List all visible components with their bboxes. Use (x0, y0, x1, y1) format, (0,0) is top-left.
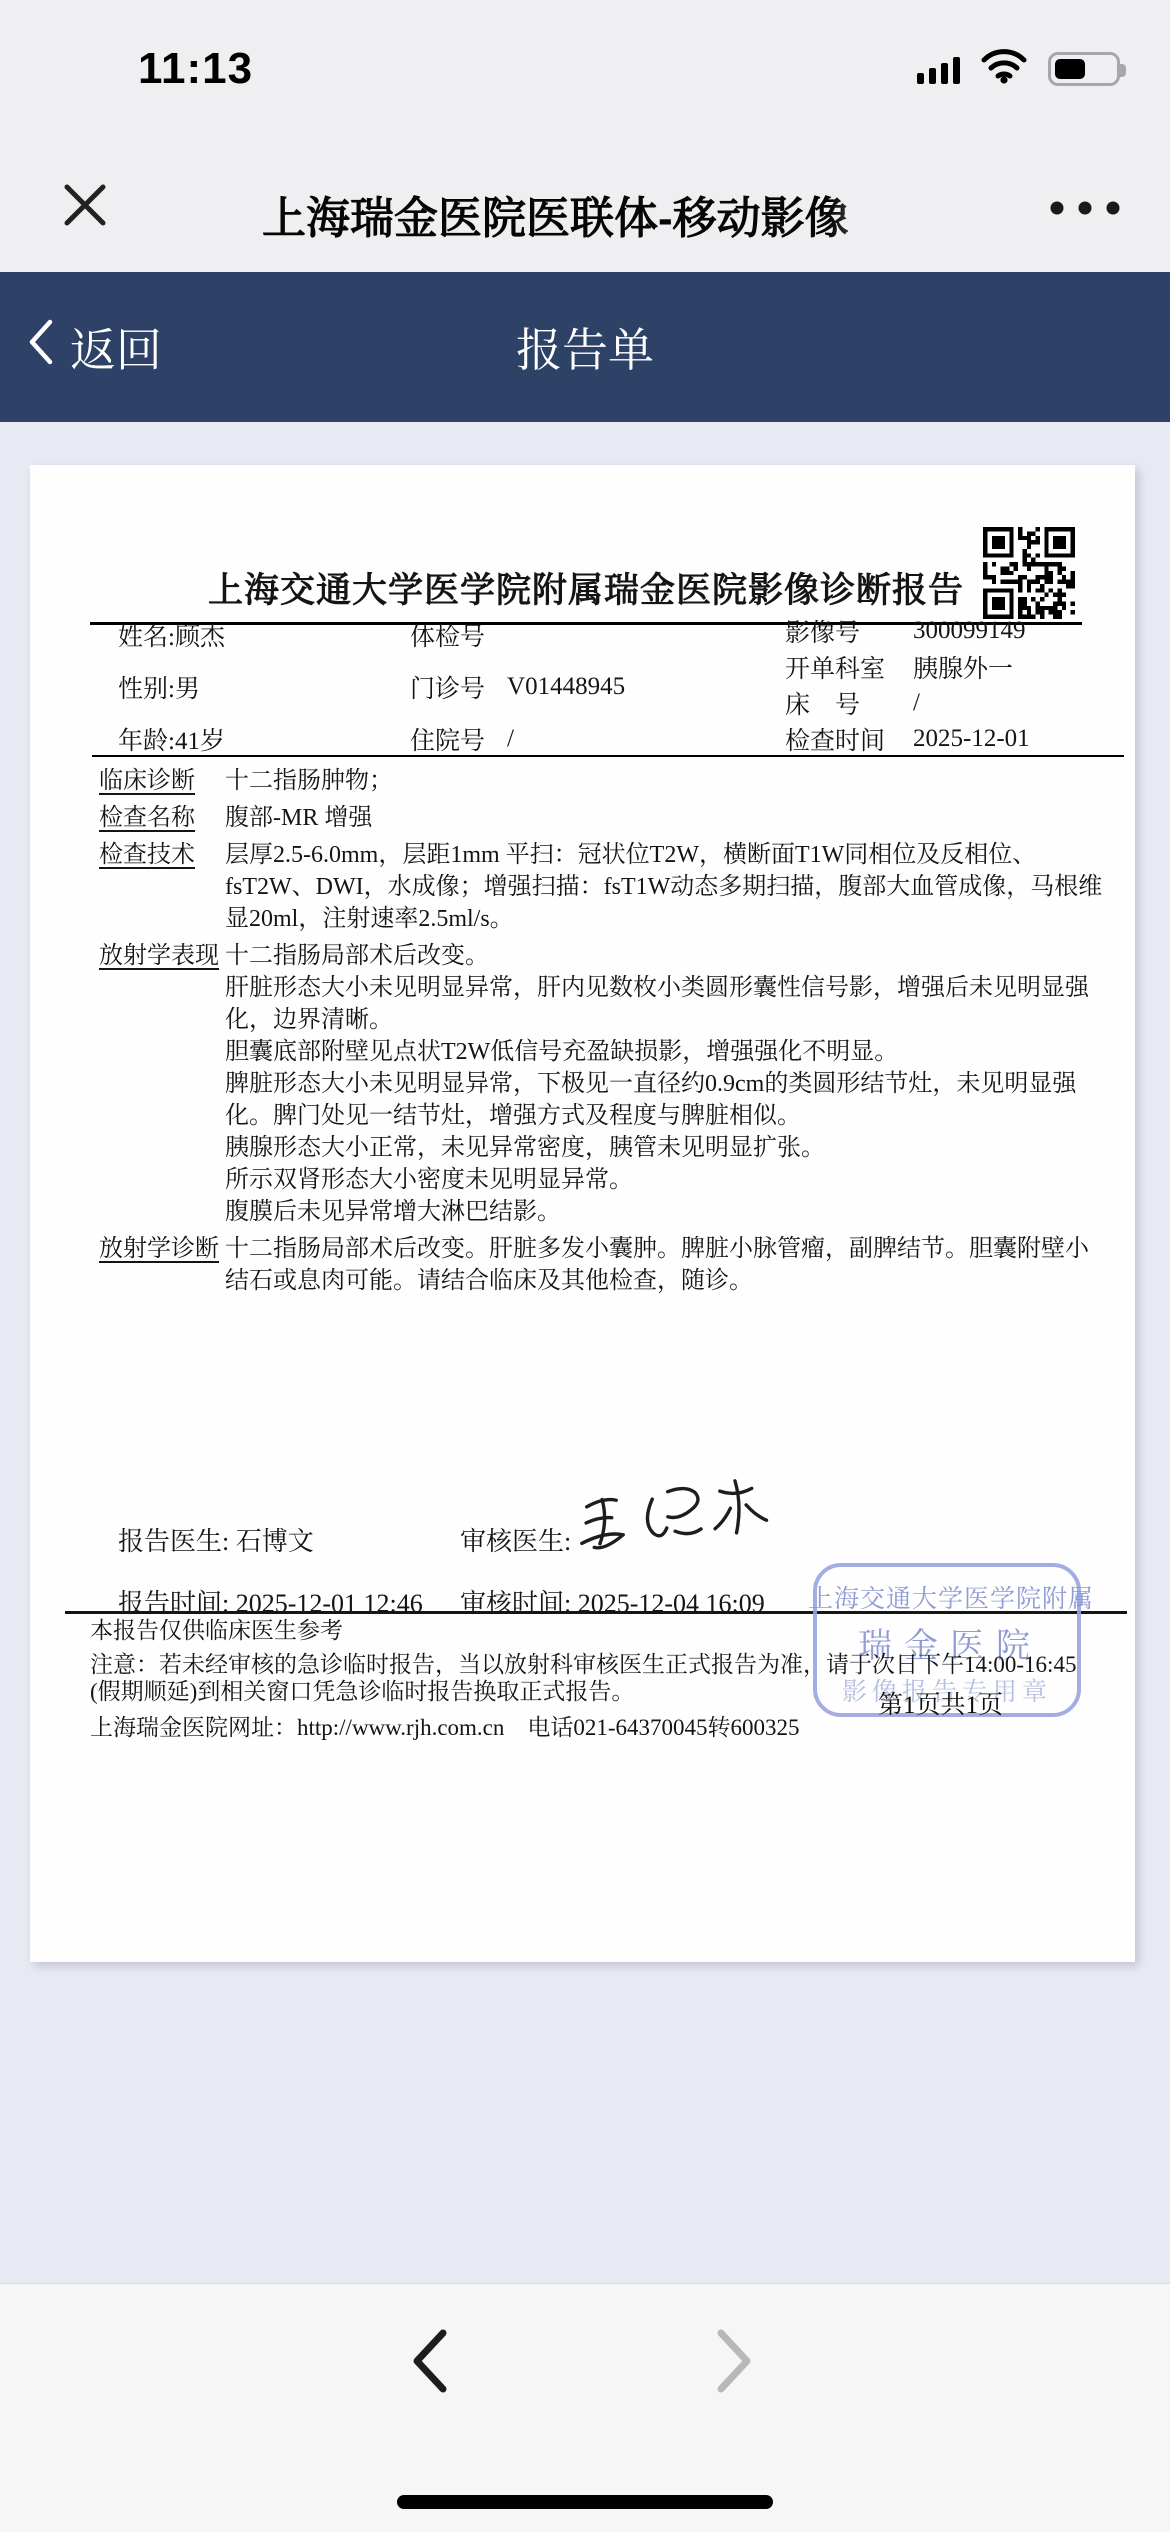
back-button[interactable]: 返回 (28, 272, 162, 422)
close-icon[interactable] (60, 180, 110, 230)
phone-screen: 11:13 上海瑞金医院医联体-移动 (0, 0, 1170, 2532)
review-time: 审核时间: 2025-12-04 16:09 (460, 1583, 765, 1620)
report-time: 报告时间: 2025-12-01 12:46 (118, 1583, 423, 1620)
inpatient-no-row: 住院号/ (410, 713, 625, 765)
exam-name-label: 检查名称 (99, 802, 225, 834)
status-time: 11:13 (138, 44, 253, 94)
report-footer: 本报告仅供临床医生参考 注意：若未经审核的急诊临时报告，当以放射科审核医生正式报… (90, 1617, 1076, 1741)
webview-title: 上海瑞金医院医联体-移动影像 (262, 182, 938, 246)
technique-text: 层厚2.5-6.0mm，层距1mm 平扫：冠状位T2W，横断面T1W同相位及反相… (225, 839, 1105, 935)
next-page-button[interactable] (714, 2328, 754, 2394)
finding-line: 脾脏形态大小未见明显异常，下极见一直径约0.9cm的类圆形结节灶，未见明显强化。… (225, 1068, 1105, 1132)
diagnosis-label: 放射学诊断 (99, 1233, 225, 1297)
report-document: 上海交通大学医学院附属瑞金医院影像诊断报告 姓名:顾杰 性别:男 年龄:41岁 … (30, 465, 1135, 1962)
finding-line: 腹膜后未见异常增大淋巴结影。 (225, 1196, 1105, 1228)
exam-no-row: 体检号 (410, 609, 625, 661)
more-menu-icon[interactable] (1048, 200, 1122, 221)
patient-col-basic: 姓名:顾杰 性别:男 年龄:41岁 (118, 609, 225, 765)
back-label: 返回 (70, 314, 162, 380)
stamp-line1: 上海交通大学医学院附属 (803, 1579, 1099, 1615)
outpatient-no-row: 门诊号V01448945 (410, 661, 625, 713)
finding-line: 胆囊底部附壁见点状T2W低信号充盈缺损影，增强强化不明显。 (225, 1036, 1105, 1068)
finding-line: 胰腺形态大小正常，未见异常密度，胰管未见明显扩张。 (225, 1132, 1105, 1164)
patient-age-row: 年龄:41岁 (118, 713, 225, 765)
diagnosis-text: 十二指肠局部术后改变。肝脏多发小囊肿。脾脏小脉管瘤，副脾结节。胆囊附壁小结石或息… (225, 1233, 1105, 1297)
home-indicator[interactable] (397, 2495, 773, 2509)
findings-text: 十二指肠局部术后改变。 肝脏形态大小未见明显异常，肝内见数枚小类圆形囊性信号影，… (225, 940, 1105, 1228)
battery-icon (1048, 52, 1120, 86)
order-dept-row: 开单科室胰腺外一 (785, 649, 1030, 685)
app-nav-bar: 报告单 返回 (0, 272, 1170, 422)
exam-name-text: 腹部-MR 增强 (225, 802, 1105, 834)
reviewer-signature (570, 1477, 785, 1559)
back-chevron-icon (28, 317, 54, 378)
finding-line: 十二指肠局部术后改变。 (225, 940, 1105, 972)
report-doctor: 报告医生: 石博文 (118, 1521, 314, 1558)
exam-time-row: 检查时间2025-12-01 (785, 721, 1030, 757)
wifi-icon (980, 48, 1028, 89)
footer-line1: 本报告仅供临床医生参考 (90, 1617, 1076, 1644)
patient-divider (92, 755, 1124, 757)
patient-col-order: 影像号300099149 开单科室胰腺外一 床 号/ 检查时间2025-12-0… (785, 613, 1030, 757)
review-doctor: 审核医生: (460, 1521, 571, 1558)
status-icons (917, 48, 1120, 89)
bed-no-row: 床 号/ (785, 685, 1030, 721)
patient-name-row: 姓名:顾杰 (118, 609, 225, 661)
pager-bar (0, 2283, 1170, 2532)
report-sections: 临床诊断 十二指肠肿物； 检查名称 腹部-MR 增强 检查技术 层厚2.5-6.… (99, 765, 1105, 1297)
cellular-signal-icon (917, 54, 960, 84)
status-and-header-area: 11:13 上海瑞金医院医联体-移动 (0, 0, 1170, 272)
finding-line: 所示双肾形态大小密度未见明显异常。 (225, 1164, 1105, 1196)
image-no-row: 影像号300099149 (785, 613, 1030, 649)
footer-line2: 注意：若未经审核的急诊临时报告，当以放射科审核医生正式报告为准，请于次日下午14… (90, 1651, 1076, 1678)
patient-col-visit: 体检号 门诊号V01448945 住院号/ (410, 609, 625, 765)
findings-label: 放射学表现 (99, 940, 225, 1228)
prev-page-button[interactable] (410, 2328, 450, 2394)
technique-label: 检查技术 (99, 839, 225, 935)
page-indicator: 第1页共1页 (878, 1685, 1003, 1721)
clinical-dx-text: 十二指肠肿物； (225, 765, 1105, 797)
finding-line: 肝脏形态大小未见明显异常，肝内见数枚小类圆形囊性信号影，增强后未见明显强化，边界… (225, 972, 1105, 1036)
patient-gender-row: 性别:男 (118, 661, 225, 713)
nav-title: 报告单 (0, 272, 1170, 422)
clinical-dx-label: 临床诊断 (99, 765, 225, 797)
